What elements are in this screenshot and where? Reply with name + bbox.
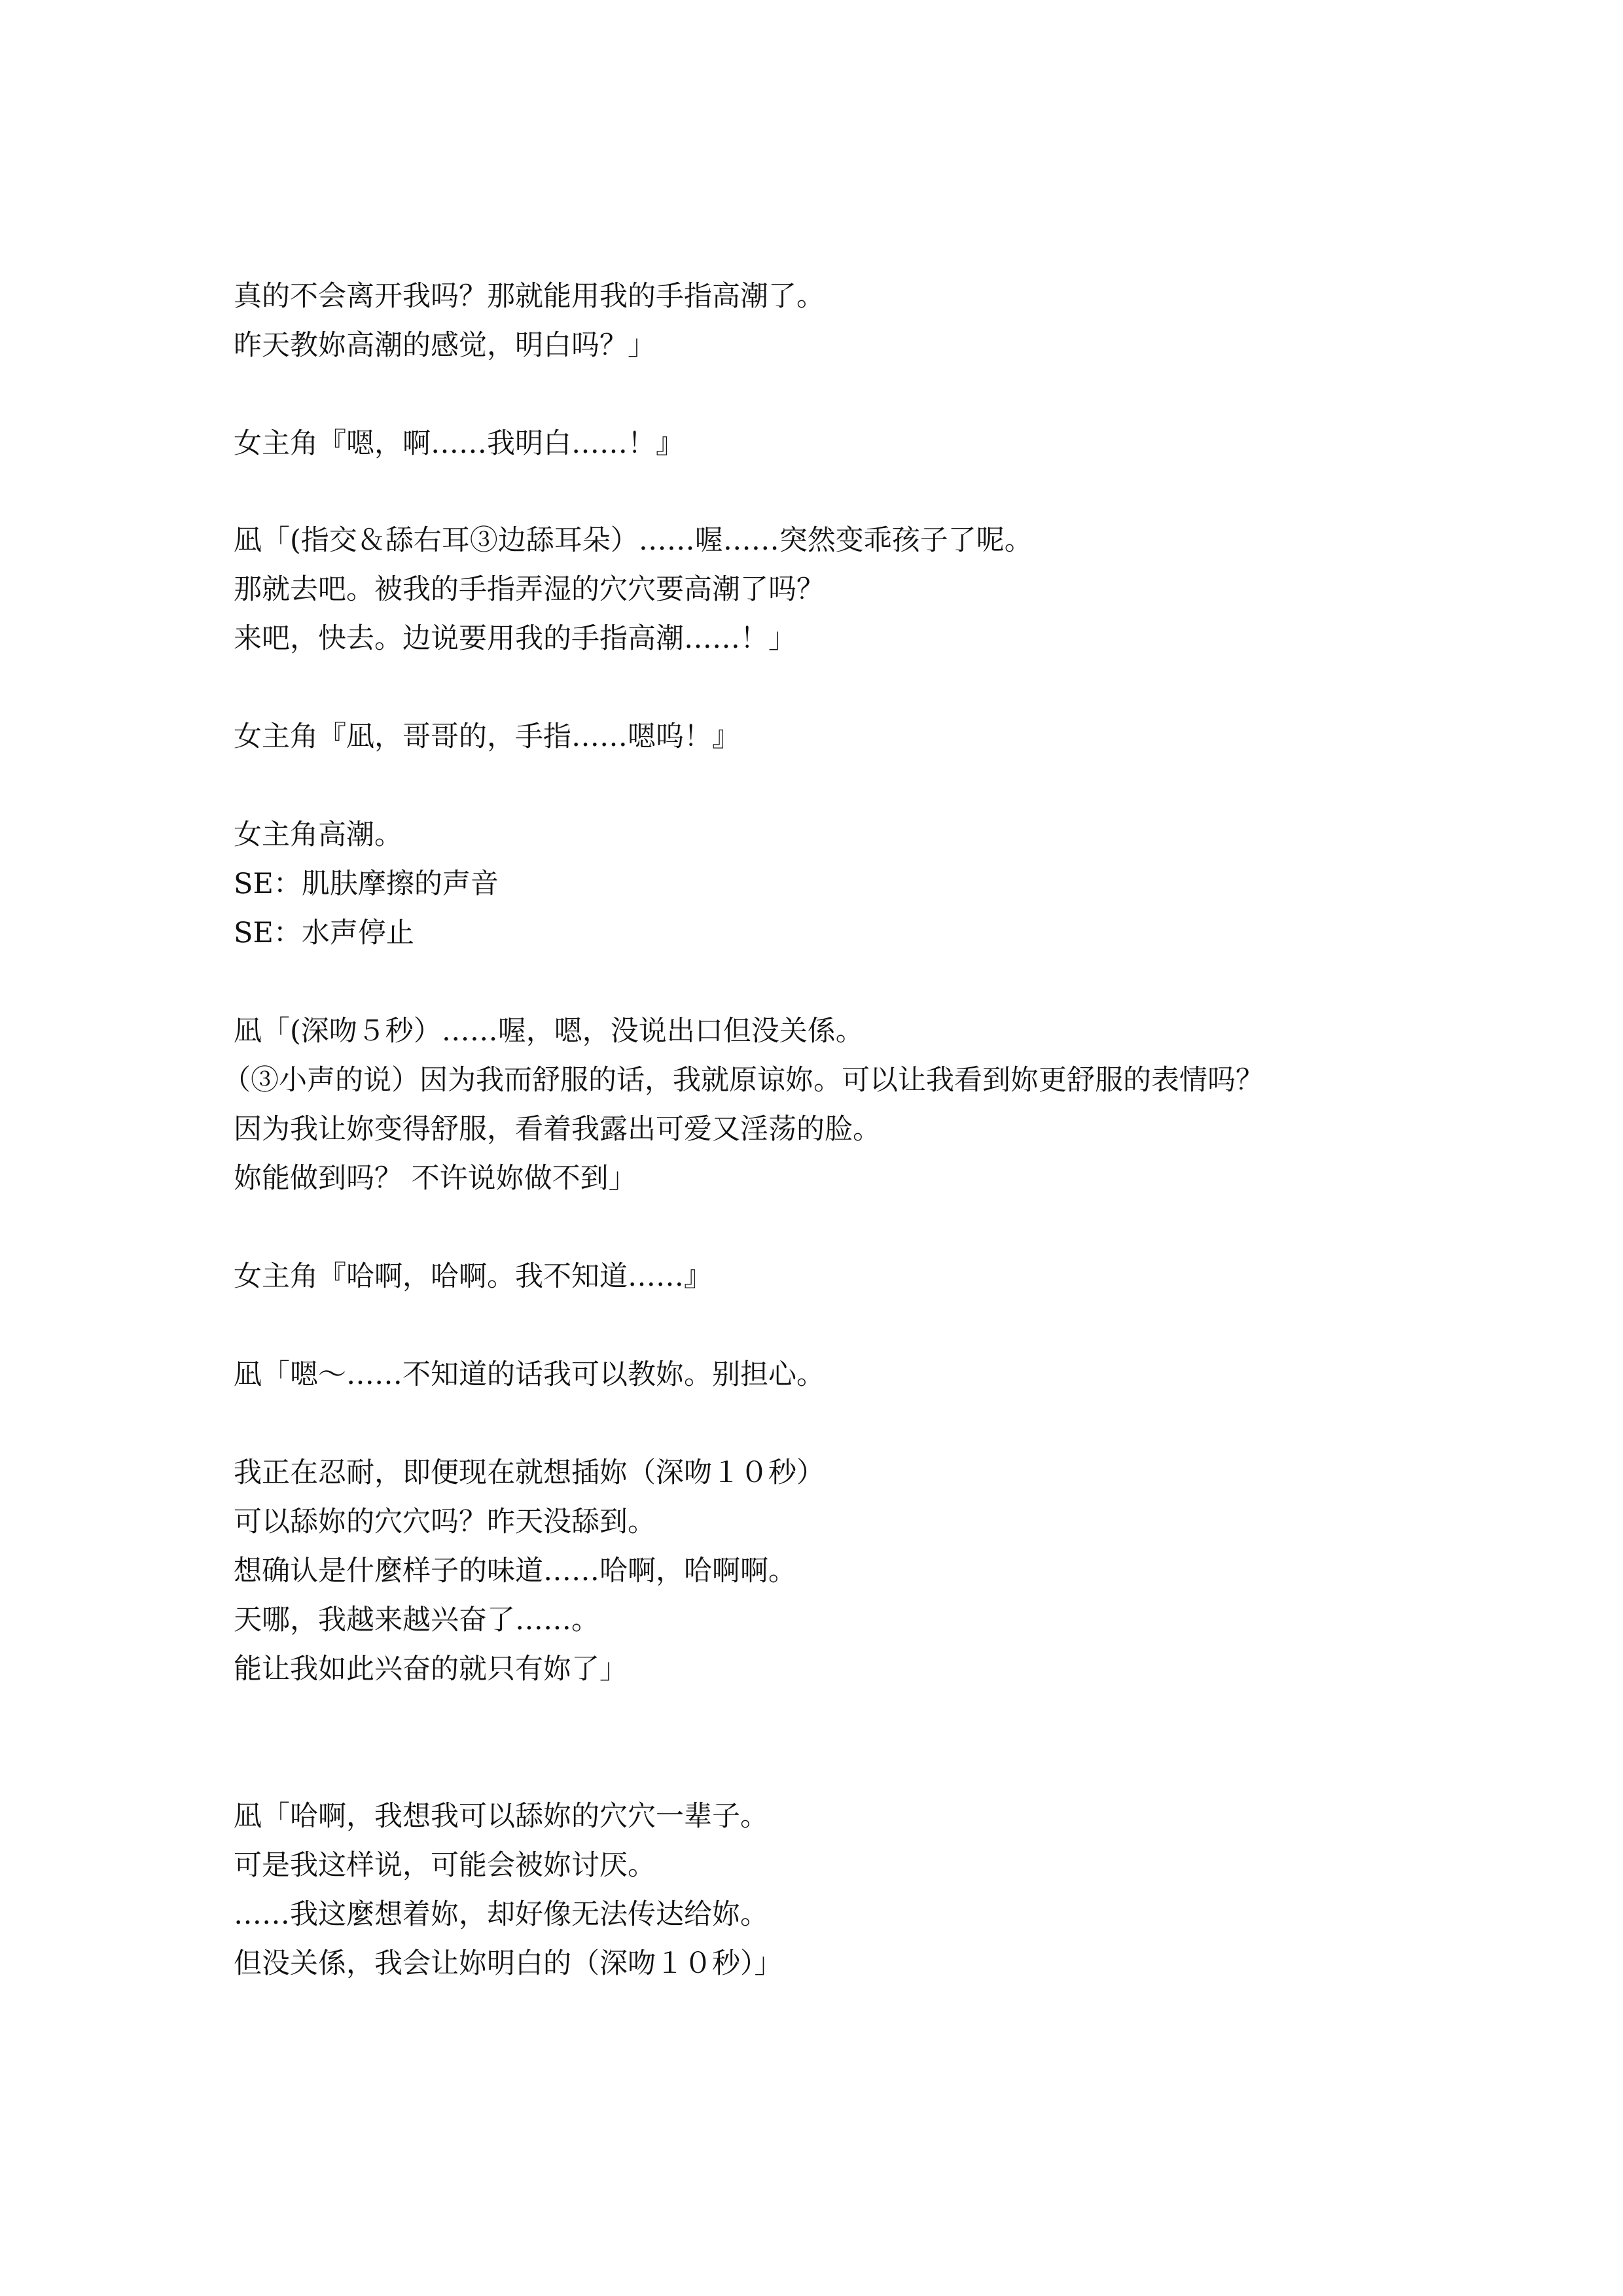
text-line: 凪「哈啊，我想我可以舔妳的穴穴一辈子。 xyxy=(234,1800,768,1833)
text-line: （③小声的说）因为我而舒服的话，我就原谅妳。可以让我看到妳更舒服的表情吗？ xyxy=(223,1064,1264,1097)
text-line: 女主角『凪，哥哥的，手指……嗯呜！』 xyxy=(234,720,740,753)
text-line: 昨天教妳高潮的感觉，明白吗？」 xyxy=(234,329,656,362)
text-line: 凪「(指交＆舔右耳③边舔耳朵）……喔……突然变乖孩子了呢。 xyxy=(234,524,1033,557)
text-line: 真的不会离开我吗？那就能用我的手指高潮了。 xyxy=(234,280,825,313)
text-line: 可是我这样说，可能会被妳讨厌。 xyxy=(234,1849,656,1882)
text-line: 凪「嗯～……不知道的话我可以教妳。别担心。 xyxy=(234,1358,825,1391)
text-line: 凪「(深吻５秒）……喔，嗯，没说出口但没关係。 xyxy=(234,1015,864,1048)
text-line: 能让我如此兴奋的就只有妳了」 xyxy=(234,1653,628,1686)
text-line: 但没关係，我会让妳明白的（深吻１０秒）」 xyxy=(234,1947,783,1980)
text-line: 因为我让妳变得舒服，看着我露出可爱又淫荡的脸。 xyxy=(234,1113,881,1146)
text-line: 想确认是什麼样子的味道……哈啊，哈啊啊。 xyxy=(234,1555,796,1587)
text-line: SE：水声停止 xyxy=(234,917,414,949)
text-line: 那就去吧。被我的手指弄湿的穴穴要高潮了吗？ xyxy=(234,573,825,606)
text-line: ……我这麼想着妳，却好像无法传达给妳。 xyxy=(234,1898,768,1931)
document-page: 真的不会离开我吗？那就能用我的手指高潮了。 昨天教妳高潮的感觉，明白吗？」 女主… xyxy=(0,0,1623,2296)
text-line: 可以舔妳的穴穴吗？昨天没舔到。 xyxy=(234,1506,656,1538)
text-line: 女主角高潮。 xyxy=(234,819,402,851)
text-line: 妳能做到吗？ 不许说妳做不到」 xyxy=(234,1162,637,1195)
text-line: SE：肌肤摩擦的声音 xyxy=(234,868,499,900)
text-line: 天哪，我越来越兴奋了……。 xyxy=(234,1604,599,1636)
text-line: 我正在忍耐，即便现在就想插妳（深吻１０秒） xyxy=(234,1457,825,1489)
text-line: 女主角『哈啊，哈啊。我不知道……』 xyxy=(234,1260,712,1293)
text-line: 来吧，快去。边说要用我的手指高潮……！」 xyxy=(234,622,796,655)
text-line: 女主角『嗯，啊……我明白……！』 xyxy=(234,427,684,460)
